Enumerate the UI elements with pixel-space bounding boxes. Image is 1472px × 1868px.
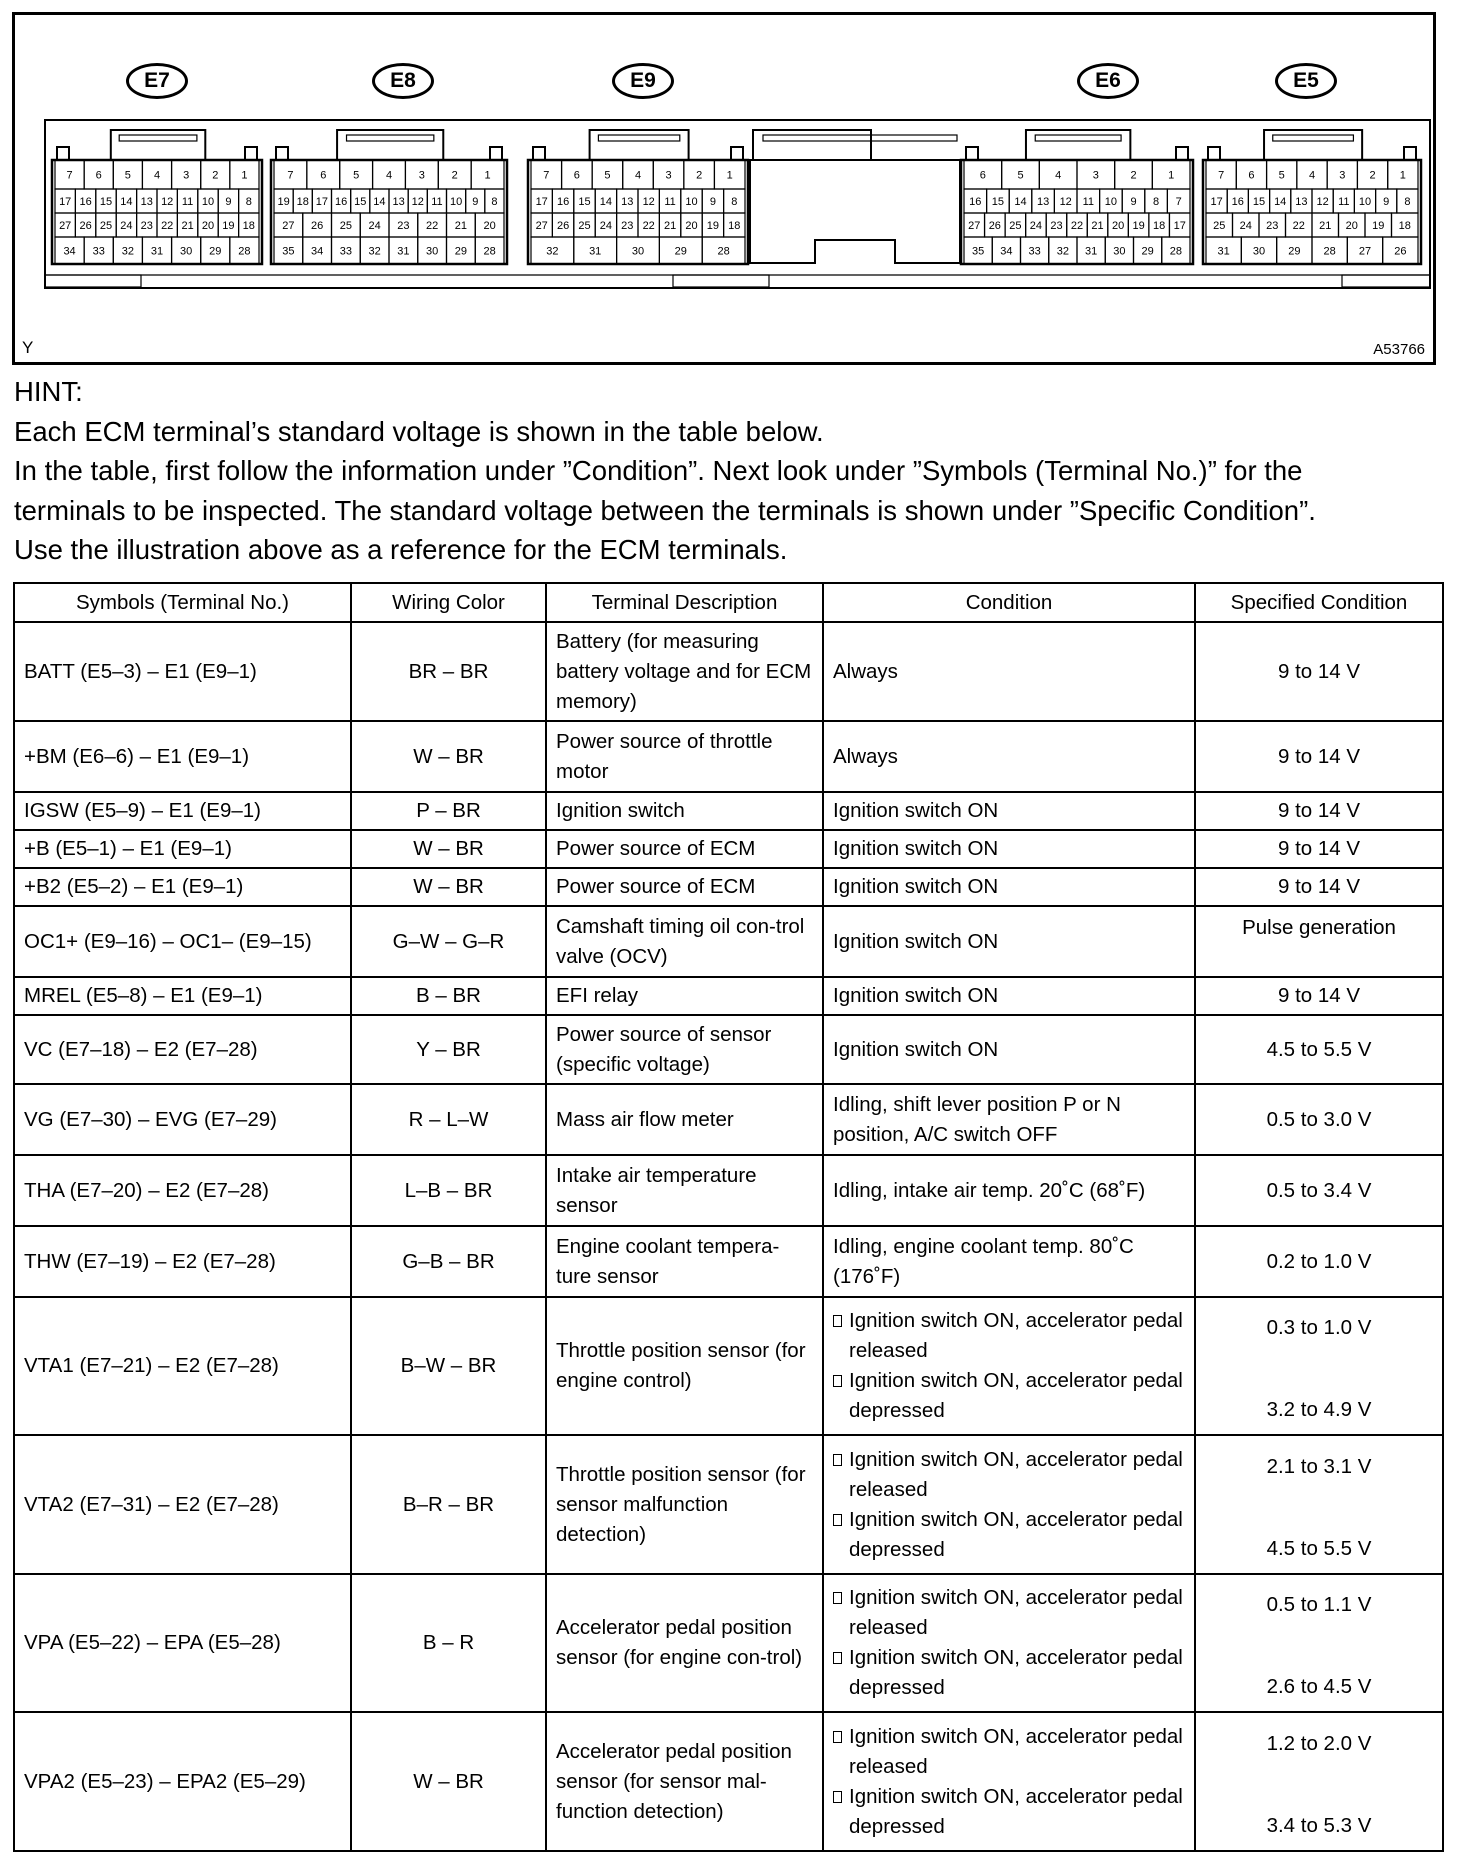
spec-value: 2.1 to 3.1 V [1205, 1452, 1433, 1482]
cell-specified-condition: 9 to 14 V [1195, 830, 1443, 868]
hint-line: In the table, first follow the informati… [14, 451, 1454, 491]
svg-text:15: 15 [992, 196, 1004, 208]
svg-text:14: 14 [1014, 196, 1026, 208]
svg-text:3: 3 [666, 170, 672, 182]
svg-text:7: 7 [1176, 196, 1182, 208]
svg-text:25: 25 [340, 220, 352, 232]
cell-symbols: +BM (E6–6) – E1 (E9–1) [14, 721, 351, 792]
svg-text:8: 8 [246, 196, 252, 208]
svg-text:29: 29 [209, 246, 221, 258]
cell-terminal-description: Accelerator pedal position sensor (for e… [546, 1574, 823, 1712]
cell-terminal-description: Power source of ECM [546, 830, 823, 868]
svg-text:14: 14 [600, 196, 612, 208]
svg-text:1: 1 [1168, 170, 1174, 182]
svg-text:18: 18 [297, 196, 309, 208]
svg-text:3: 3 [1093, 170, 1099, 182]
cell-symbols: VPA (E5–22) – EPA (E5–28) [14, 1574, 351, 1712]
cell-symbols: VG (E7–30) – EVG (E7–29) [14, 1084, 351, 1155]
connector-label-e6: E6 [1077, 63, 1139, 99]
hint-line: Each ECM terminal’s standard voltage is … [14, 412, 1454, 452]
svg-text:13: 13 [141, 196, 153, 208]
svg-text:24: 24 [600, 220, 612, 232]
svg-text:31: 31 [589, 246, 601, 258]
cell-wiring-color: W – BR [351, 868, 546, 906]
svg-text:15: 15 [100, 196, 112, 208]
svg-text:28: 28 [1170, 246, 1182, 258]
cell-condition: Ignition switch ON, accelerator pedal re… [823, 1712, 1195, 1851]
svg-text:19: 19 [707, 220, 719, 232]
cell-specified-condition: Pulse generation [1195, 906, 1443, 977]
cell-symbols: OC1+ (E9–16) – OC1– (E9–15) [14, 906, 351, 977]
ecm-connector-diagram: 7654321171615141312111098272625242322212… [12, 12, 1436, 365]
connector-label-e9: E9 [612, 63, 674, 99]
cell-wiring-color: B–W – BR [351, 1297, 546, 1435]
svg-text:13: 13 [621, 196, 633, 208]
header-specified-condition: Specified Condition [1195, 583, 1443, 622]
cell-symbols: MREL (E5–8) – E1 (E9–1) [14, 977, 351, 1015]
svg-text:18: 18 [728, 220, 740, 232]
spec-value: 0.5 to 1.1 V [1205, 1590, 1433, 1620]
hint-line: Use the illustration above as a referenc… [14, 530, 1454, 570]
spec-value: 3.2 to 4.9 V [1205, 1395, 1433, 1425]
svg-text:23: 23 [621, 220, 633, 232]
cell-symbols: THA (E7–20) – E2 (E7–28) [14, 1155, 351, 1226]
svg-text:6: 6 [96, 170, 102, 182]
cell-terminal-description: Mass air flow meter [546, 1084, 823, 1155]
condition-item: Ignition switch ON, accelerator pedal re… [833, 1306, 1185, 1366]
cell-specified-condition: 9 to 14 V [1195, 792, 1443, 830]
svg-text:33: 33 [1029, 246, 1041, 258]
svg-text:20: 20 [685, 220, 697, 232]
svg-text:26: 26 [989, 220, 1001, 232]
view-marker: Y [22, 338, 33, 358]
cell-condition: Ignition switch ON [823, 830, 1195, 868]
svg-text:14: 14 [373, 196, 385, 208]
svg-text:7: 7 [287, 170, 293, 182]
cell-specified-condition: 9 to 14 V [1195, 622, 1443, 721]
svg-text:23: 23 [397, 220, 409, 232]
cell-specified-condition: 0.5 to 3.0 V [1195, 1084, 1443, 1155]
table-row: VPA (E5–22) – EPA (E5–28)B – RAccelerato… [14, 1574, 1443, 1712]
svg-text:2: 2 [1130, 170, 1136, 182]
svg-text:18: 18 [243, 220, 255, 232]
spec-value: 2.6 to 4.5 V [1205, 1672, 1433, 1702]
svg-text:17: 17 [536, 196, 548, 208]
svg-text:9: 9 [1383, 196, 1389, 208]
cell-symbols: VC (E7–18) – E2 (E7–28) [14, 1015, 351, 1084]
svg-text:11: 11 [431, 196, 442, 208]
cell-specified-condition: 0.2 to 1.0 V [1195, 1226, 1443, 1297]
svg-text:27: 27 [1359, 246, 1371, 258]
cell-wiring-color: W – BR [351, 1712, 546, 1851]
svg-text:27: 27 [282, 220, 294, 232]
cell-symbols: THW (E7–19) – E2 (E7–28) [14, 1226, 351, 1297]
svg-text:7: 7 [67, 170, 73, 182]
svg-text:31: 31 [151, 246, 163, 258]
svg-text:23: 23 [141, 220, 153, 232]
svg-text:7: 7 [543, 170, 549, 182]
svg-text:15: 15 [354, 196, 366, 208]
cell-condition: Ignition switch ON [823, 906, 1195, 977]
svg-text:8: 8 [1153, 196, 1159, 208]
svg-text:5: 5 [604, 170, 610, 182]
svg-text:11: 11 [1338, 196, 1349, 208]
svg-text:16: 16 [79, 196, 91, 208]
svg-text:25: 25 [578, 220, 590, 232]
svg-text:20: 20 [202, 220, 214, 232]
svg-text:4: 4 [1309, 170, 1315, 182]
cell-wiring-color: B–R – BR [351, 1435, 546, 1574]
svg-text:15: 15 [1253, 196, 1265, 208]
cell-wiring-color: B – R [351, 1574, 546, 1712]
cell-terminal-description: Throttle position sensor (for engine con… [546, 1297, 823, 1435]
cell-condition: Ignition switch ON, accelerator pedal re… [823, 1574, 1195, 1712]
svg-text:3: 3 [419, 170, 425, 182]
cell-specified-condition: 9 to 14 V [1195, 721, 1443, 792]
svg-text:27: 27 [536, 220, 548, 232]
table-row: THW (E7–19) – E2 (E7–28)G–B – BREngine c… [14, 1226, 1443, 1297]
condition-item: Ignition switch ON, accelerator pedal de… [833, 1782, 1185, 1842]
svg-text:16: 16 [1232, 196, 1244, 208]
cell-condition: Ignition switch ON [823, 1015, 1195, 1084]
svg-text:31: 31 [397, 246, 409, 258]
condition-item: Ignition switch ON, accelerator pedal de… [833, 1366, 1185, 1426]
cell-terminal-description: Ignition switch [546, 792, 823, 830]
cell-specified-condition: 0.5 to 3.4 V [1195, 1155, 1443, 1226]
svg-text:1: 1 [485, 170, 491, 182]
hint-title: HINT: [14, 372, 1454, 412]
cell-condition: Ignition switch ON [823, 792, 1195, 830]
header-wiring-color: Wiring Color [351, 583, 546, 622]
cell-wiring-color: B – BR [351, 977, 546, 1015]
header-terminal-description: Terminal Description [546, 583, 823, 622]
cell-specified-condition: 9 to 14 V [1195, 868, 1443, 906]
svg-text:21: 21 [1319, 220, 1331, 232]
table-header-row: Symbols (Terminal No.) Wiring Color Term… [14, 583, 1443, 622]
cell-terminal-description: Power source of sensor (specific voltage… [546, 1015, 823, 1084]
svg-text:28: 28 [717, 246, 729, 258]
cell-specified-condition: 1.2 to 2.0 V3.4 to 5.3 V [1195, 1712, 1443, 1851]
svg-text:13: 13 [1037, 196, 1049, 208]
cell-specified-condition: 4.5 to 5.5 V [1195, 1015, 1443, 1084]
svg-text:30: 30 [632, 246, 644, 258]
cell-condition: Ignition switch ON [823, 977, 1195, 1015]
condition-item: Ignition switch ON, accelerator pedal de… [833, 1505, 1185, 1565]
ecm-terminal-voltage-table: Symbols (Terminal No.) Wiring Color Term… [13, 582, 1444, 1852]
cell-wiring-color: P – BR [351, 792, 546, 830]
svg-text:27: 27 [968, 220, 980, 232]
cell-condition: Idling, shift lever position P or N posi… [823, 1084, 1195, 1155]
svg-text:34: 34 [311, 246, 323, 258]
svg-text:16: 16 [969, 196, 981, 208]
cell-condition: Ignition switch ON, accelerator pedal re… [823, 1297, 1195, 1435]
svg-text:14: 14 [120, 196, 132, 208]
table-row: VTA2 (E7–31) – E2 (E7–28)B–R – BRThrottl… [14, 1435, 1443, 1574]
table-row: MREL (E5–8) – E1 (E9–1)B – BREFI relayIg… [14, 977, 1443, 1015]
svg-text:29: 29 [455, 246, 467, 258]
cell-wiring-color: G–B – BR [351, 1226, 546, 1297]
svg-text:24: 24 [1030, 220, 1042, 232]
svg-text:1: 1 [1400, 170, 1406, 182]
svg-text:24: 24 [369, 220, 381, 232]
svg-text:28: 28 [484, 246, 496, 258]
svg-text:15: 15 [578, 196, 590, 208]
cell-specified-condition: 0.5 to 1.1 V2.6 to 4.5 V [1195, 1574, 1443, 1712]
cell-wiring-color: L–B – BR [351, 1155, 546, 1226]
svg-text:22: 22 [426, 220, 438, 232]
svg-text:5: 5 [1279, 170, 1285, 182]
svg-text:20: 20 [1346, 220, 1358, 232]
table-row: VTA1 (E7–21) – E2 (E7–28)B–W – BRThrottl… [14, 1297, 1443, 1435]
svg-text:6: 6 [320, 170, 326, 182]
svg-text:28: 28 [1324, 246, 1336, 258]
cell-specified-condition: 2.1 to 3.1 V4.5 to 5.5 V [1195, 1435, 1443, 1574]
svg-text:26: 26 [1394, 246, 1406, 258]
svg-text:13: 13 [1295, 196, 1307, 208]
cell-symbols: BATT (E5–3) – E1 (E9–1) [14, 622, 351, 721]
table-row: VC (E7–18) – E2 (E7–28)Y – BRPower sourc… [14, 1015, 1443, 1084]
svg-text:8: 8 [731, 196, 737, 208]
figure-id: A53766 [1373, 341, 1425, 358]
svg-text:30: 30 [1253, 246, 1265, 258]
svg-text:19: 19 [277, 196, 289, 208]
svg-text:9: 9 [472, 196, 478, 208]
svg-text:26: 26 [79, 220, 91, 232]
svg-text:1: 1 [241, 170, 247, 182]
svg-text:19: 19 [222, 220, 234, 232]
svg-text:1: 1 [727, 170, 733, 182]
svg-text:3: 3 [1339, 170, 1345, 182]
svg-text:32: 32 [122, 246, 134, 258]
svg-text:32: 32 [1057, 246, 1069, 258]
svg-text:32: 32 [546, 246, 558, 258]
svg-text:26: 26 [311, 220, 323, 232]
svg-text:13: 13 [392, 196, 404, 208]
svg-text:19: 19 [1372, 220, 1384, 232]
svg-text:32: 32 [369, 246, 381, 258]
svg-text:14: 14 [1274, 196, 1286, 208]
table-row: IGSW (E5–9) – E1 (E9–1)P – BRIgnition sw… [14, 792, 1443, 830]
cell-symbols: VTA1 (E7–21) – E2 (E7–28) [14, 1297, 351, 1435]
svg-text:10: 10 [1105, 196, 1117, 208]
cell-symbols: +B (E5–1) – E1 (E9–1) [14, 830, 351, 868]
cell-symbols: IGSW (E5–9) – E1 (E9–1) [14, 792, 351, 830]
svg-text:31: 31 [1085, 246, 1097, 258]
cell-condition: Idling, engine coolant temp. 80˚C (176˚F… [823, 1226, 1195, 1297]
cell-wiring-color: R – L–W [351, 1084, 546, 1155]
svg-text:30: 30 [1113, 246, 1125, 258]
connector-label-e5: E5 [1275, 63, 1337, 99]
svg-text:34: 34 [1000, 246, 1012, 258]
svg-text:4: 4 [1055, 170, 1061, 182]
table-row: OC1+ (E9–16) – OC1– (E9–15)G–W – G–RCams… [14, 906, 1443, 977]
svg-text:4: 4 [154, 170, 160, 182]
svg-text:20: 20 [484, 220, 496, 232]
svg-text:17: 17 [316, 196, 328, 208]
cell-wiring-color: G–W – G–R [351, 906, 546, 977]
svg-text:25: 25 [1009, 220, 1021, 232]
svg-text:27: 27 [59, 220, 71, 232]
svg-text:34: 34 [63, 246, 75, 258]
cell-terminal-description: Battery (for measuring battery voltage a… [546, 622, 823, 721]
cell-terminal-description: Camshaft timing oil con-trol valve (OCV) [546, 906, 823, 977]
svg-text:33: 33 [93, 246, 105, 258]
hint-line: terminals to be inspected. The standard … [14, 491, 1454, 531]
svg-text:25: 25 [100, 220, 112, 232]
condition-item: Ignition switch ON, accelerator pedal re… [833, 1445, 1185, 1505]
svg-text:30: 30 [180, 246, 192, 258]
cell-condition: Ignition switch ON, accelerator pedal re… [823, 1435, 1195, 1574]
cell-terminal-description: Accelerator pedal position sensor (for s… [546, 1712, 823, 1851]
svg-text:17: 17 [1174, 220, 1186, 232]
svg-text:9: 9 [1130, 196, 1136, 208]
cell-condition: Always [823, 721, 1195, 792]
svg-text:24: 24 [120, 220, 132, 232]
table-row: +BM (E6–6) – E1 (E9–1)W – BRPower source… [14, 721, 1443, 792]
svg-text:29: 29 [675, 246, 687, 258]
cell-terminal-description: Intake air temperature sensor [546, 1155, 823, 1226]
svg-text:22: 22 [643, 220, 655, 232]
header-symbols: Symbols (Terminal No.) [14, 583, 351, 622]
svg-text:16: 16 [557, 196, 569, 208]
cell-terminal-description: Power source of throttle motor [546, 721, 823, 792]
table-row: +B2 (E5–2) – E1 (E9–1)W – BRPower source… [14, 868, 1443, 906]
svg-text:2: 2 [212, 170, 218, 182]
svg-text:9: 9 [710, 196, 716, 208]
svg-text:12: 12 [643, 196, 655, 208]
svg-text:6: 6 [574, 170, 580, 182]
svg-text:23: 23 [1266, 220, 1278, 232]
svg-text:19: 19 [1133, 220, 1145, 232]
cell-symbols: VTA2 (E7–31) – E2 (E7–28) [14, 1435, 351, 1574]
connector-label-e8: E8 [372, 63, 434, 99]
cell-wiring-color: BR – BR [351, 622, 546, 721]
svg-text:25: 25 [1213, 220, 1225, 232]
svg-text:35: 35 [282, 246, 294, 258]
svg-text:6: 6 [1248, 170, 1254, 182]
svg-text:31: 31 [1218, 246, 1230, 258]
svg-text:22: 22 [1293, 220, 1305, 232]
svg-text:35: 35 [972, 246, 984, 258]
svg-text:12: 12 [161, 196, 173, 208]
svg-text:21: 21 [664, 220, 676, 232]
condition-item: Ignition switch ON, accelerator pedal re… [833, 1583, 1185, 1643]
cell-wiring-color: W – BR [351, 721, 546, 792]
cell-symbols: VPA2 (E5–23) – EPA2 (E5–29) [14, 1712, 351, 1851]
svg-text:17: 17 [1210, 196, 1222, 208]
svg-text:29: 29 [1288, 246, 1300, 258]
svg-text:12: 12 [412, 196, 424, 208]
svg-text:2: 2 [1370, 170, 1376, 182]
svg-text:10: 10 [1359, 196, 1371, 208]
svg-text:3: 3 [183, 170, 189, 182]
svg-text:30: 30 [426, 246, 438, 258]
svg-text:26: 26 [557, 220, 569, 232]
svg-text:10: 10 [450, 196, 462, 208]
svg-text:33: 33 [340, 246, 352, 258]
svg-text:5: 5 [125, 170, 131, 182]
svg-text:18: 18 [1399, 220, 1411, 232]
connector-label-e7: E7 [126, 63, 188, 99]
svg-text:2: 2 [452, 170, 458, 182]
connector-drawing: 7654321171615141312111098272625242322212… [15, 15, 1439, 368]
table-row: THA (E7–20) – E2 (E7–28)L–B – BRIntake a… [14, 1155, 1443, 1226]
cell-symbols: +B2 (E5–2) – E1 (E9–1) [14, 868, 351, 906]
svg-text:21: 21 [455, 220, 467, 232]
svg-text:21: 21 [1091, 220, 1103, 232]
svg-text:11: 11 [1083, 196, 1094, 208]
svg-text:29: 29 [1142, 246, 1154, 258]
svg-text:12: 12 [1060, 196, 1072, 208]
table-row: VPA2 (E5–23) – EPA2 (E5–29)W – BRAcceler… [14, 1712, 1443, 1851]
svg-text:8: 8 [491, 196, 497, 208]
hint-section: HINT: Each ECM terminal’s standard volta… [14, 372, 1454, 570]
table-row: BATT (E5–3) – E1 (E9–1)BR – BRBattery (f… [14, 622, 1443, 721]
svg-text:5: 5 [1017, 170, 1023, 182]
svg-text:4: 4 [635, 170, 641, 182]
table-row: VG (E7–30) – EVG (E7–29)R – L–WMass air … [14, 1084, 1443, 1155]
svg-text:16: 16 [335, 196, 347, 208]
svg-text:11: 11 [664, 196, 675, 208]
svg-text:17: 17 [59, 196, 71, 208]
cell-condition: Always [823, 622, 1195, 721]
cell-terminal-description: Engine coolant tempera-ture sensor [546, 1226, 823, 1297]
svg-text:2: 2 [696, 170, 702, 182]
spec-value: 1.2 to 2.0 V [1205, 1729, 1433, 1759]
cell-terminal-description: EFI relay [546, 977, 823, 1015]
svg-text:12: 12 [1316, 196, 1328, 208]
svg-text:20: 20 [1112, 220, 1124, 232]
svg-text:22: 22 [161, 220, 173, 232]
cell-terminal-description: Throttle position sensor (for sensor mal… [546, 1435, 823, 1574]
cell-condition: Ignition switch ON [823, 868, 1195, 906]
svg-text:8: 8 [1404, 196, 1410, 208]
cell-condition: Idling, intake air temp. 20˚C (68˚F) [823, 1155, 1195, 1226]
header-condition: Condition [823, 583, 1195, 622]
svg-text:10: 10 [685, 196, 697, 208]
spec-value: 4.5 to 5.5 V [1205, 1534, 1433, 1564]
svg-text:9: 9 [225, 196, 231, 208]
cell-specified-condition: 9 to 14 V [1195, 977, 1443, 1015]
svg-text:24: 24 [1240, 220, 1252, 232]
svg-text:5: 5 [353, 170, 359, 182]
condition-item: Ignition switch ON, accelerator pedal re… [833, 1722, 1185, 1782]
svg-text:11: 11 [182, 196, 193, 208]
spec-value: 3.4 to 5.3 V [1205, 1811, 1433, 1841]
cell-terminal-description: Power source of ECM [546, 868, 823, 906]
table-row: +B (E5–1) – E1 (E9–1)W – BRPower source … [14, 830, 1443, 868]
svg-text:22: 22 [1071, 220, 1083, 232]
spec-value: 0.3 to 1.0 V [1205, 1313, 1433, 1343]
cell-wiring-color: W – BR [351, 830, 546, 868]
svg-text:6: 6 [980, 170, 986, 182]
svg-text:10: 10 [202, 196, 214, 208]
svg-text:28: 28 [238, 246, 250, 258]
cell-specified-condition: 0.3 to 1.0 V3.2 to 4.9 V [1195, 1297, 1443, 1435]
cell-wiring-color: Y – BR [351, 1015, 546, 1084]
svg-text:23: 23 [1050, 220, 1062, 232]
condition-item: Ignition switch ON, accelerator pedal de… [833, 1643, 1185, 1703]
svg-text:18: 18 [1153, 220, 1165, 232]
svg-text:4: 4 [386, 170, 392, 182]
svg-text:21: 21 [181, 220, 193, 232]
svg-text:7: 7 [1218, 170, 1224, 182]
